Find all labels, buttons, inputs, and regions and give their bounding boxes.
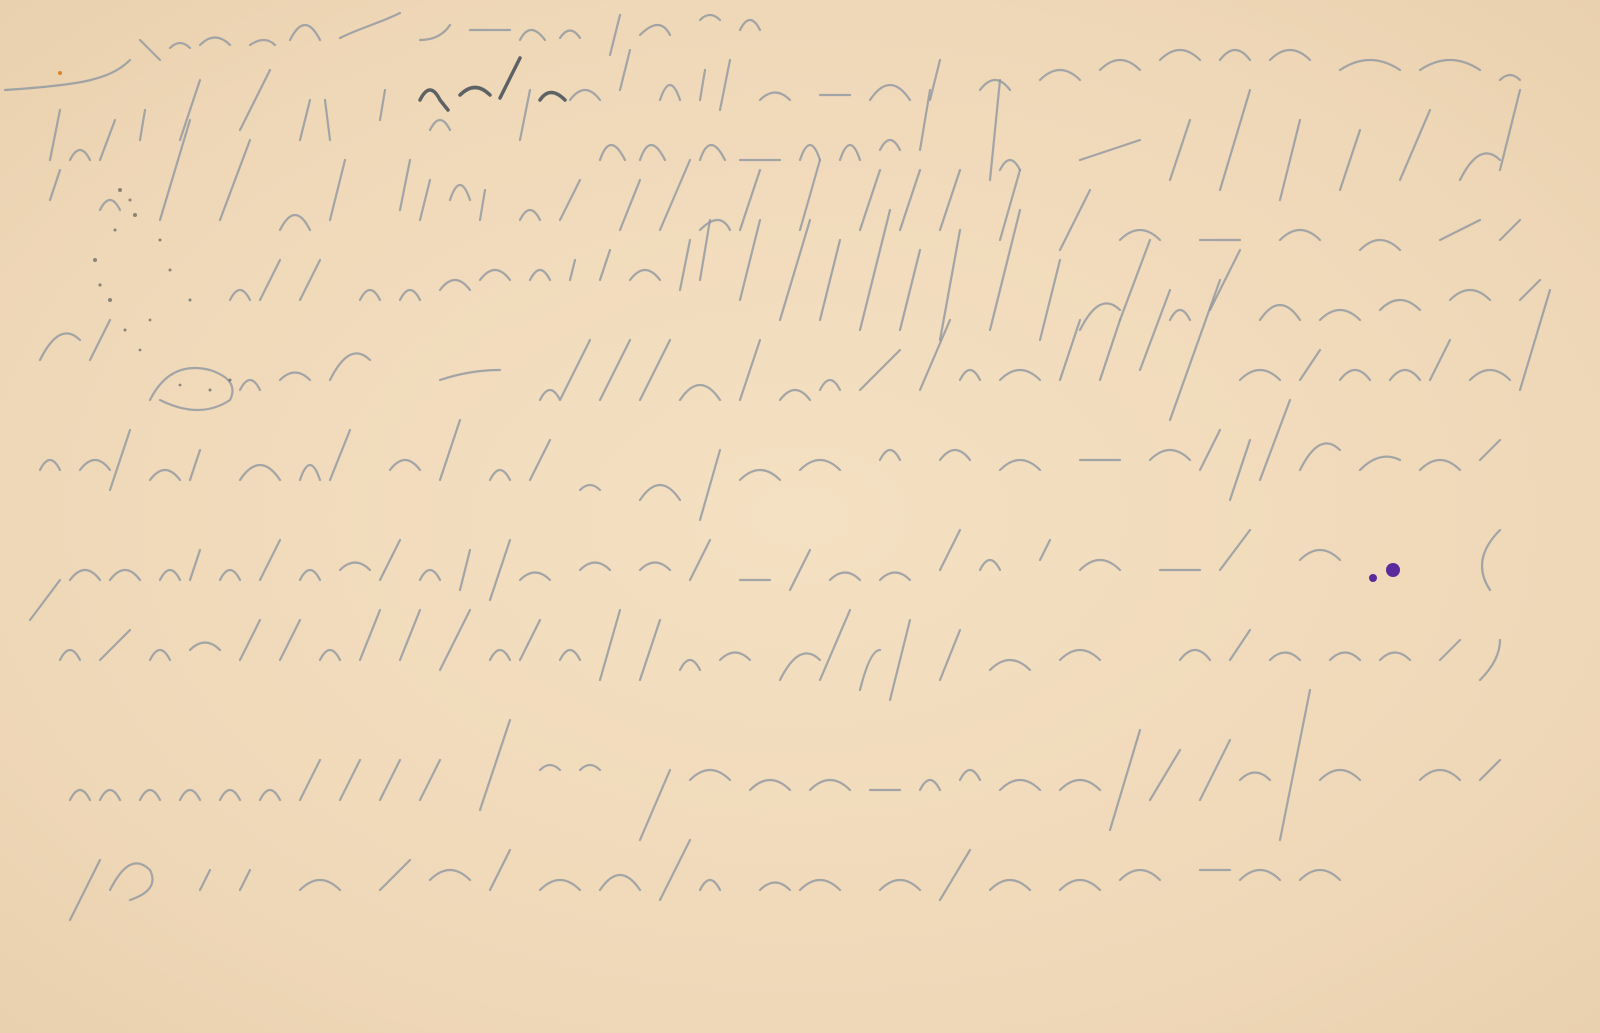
handwriting-strokes (0, 0, 1600, 1033)
postcard: handwritten postcard in shorthand (Gabel… (0, 0, 1600, 1033)
ink-spot (1369, 563, 1400, 582)
postmark-stamp (93, 188, 232, 392)
